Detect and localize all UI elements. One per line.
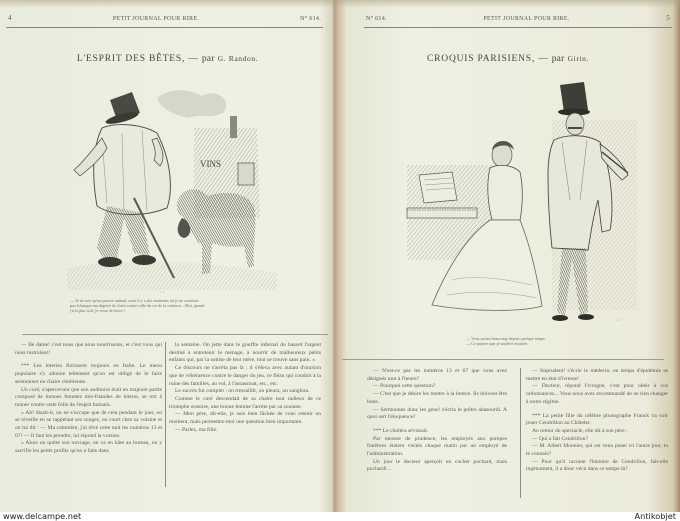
running-head-right: N° 614. PETIT JOURNAL POUR RIRE. 5 [364,14,672,28]
article-title: CROQUIS PARISIENS, — par Girin. [354,54,662,64]
title-text: L'ESPRIT DES BÊTES, [77,54,185,64]
caption-line: j'n'ai plus soif, je cesse de boire ! [70,308,270,313]
paragraph: — Pour qu'il raconte l'histoire de Cendr… [526,459,668,474]
text-column-1: — N'est-ce pas les numéros 13 et 67 que … [367,368,507,474]
paragraph: Par mesure de prudence, les employés aux… [367,436,507,459]
issue-number: N° 614. [366,16,387,22]
running-head-left: 4 PETIT JOURNAL POUR RIRE. N° 614. [6,14,323,28]
column-separator [520,368,521,498]
title-dash: — [188,54,198,64]
paragraph: — Mon père, dit-elle, je suis bien fâché… [169,411,321,426]
section-rule [22,334,328,335]
page-number: 4 [8,14,12,22]
title-dash: — [538,54,548,64]
right-page: N° 614. PETIT JOURNAL POUR RIRE. 5 CROQU… [342,0,672,512]
paragraph: — Sermonnez donc les gens! s'écria le pr… [367,407,507,422]
journal-name: PETIT JOURNAL POUR RIRE. [113,16,199,22]
paragraph: « Ah! disait-il, on ne s'occupe que de c… [15,410,162,441]
article-title: L'ESPRIT DES BÊTES, — par G. Randon. [22,54,313,64]
paragraph: *** Les loteries florissent toujours en … [15,363,162,386]
page-number: 5 [666,14,670,22]
engraver-signature: ~~~ [616,318,621,322]
paragraph: *** La petite fille du célèbre photograp… [526,413,668,428]
open-journal-spread: 4 PETIT JOURNAL POUR RIRE. N° 614. L'ESP… [0,0,680,512]
engraving-image: VINS [62,78,282,290]
paragraph: Un curé, s'apercevant que son auditoire … [15,387,162,410]
column-separator [165,342,166,487]
text-column-2: la semaine. On jette dans le gouffre inf… [169,342,321,434]
paragraph: — Pourquoi cette question? [367,383,507,391]
paragraph: — Bé dame! c'est nous que nous nourrisso… [15,342,162,357]
paragraph: Le succès fut complet : on tressaillit, … [169,388,321,396]
watermark-delcampe: www.delcampe.net [3,511,81,521]
paragraph: Au retour du spectacle, elle dit à son p… [526,428,668,436]
title-author: Girin. [568,54,589,63]
text-column-2: — Imprudent! s'écrie le médecin, en temp… [526,368,668,474]
paragraph: — Imprudent! s'écrie le médecin, en temp… [526,368,668,383]
illustration-man-and-dog: VINS [62,78,282,290]
vins-sign: VINS [200,159,221,169]
engraver-signature: ~~~ [160,290,165,294]
issue-number: N° 614. [300,16,321,22]
paragraph: Comme le curé descendait de sa chaire to… [169,396,321,411]
paragraph: — Qui a fait Cendrillon? [526,436,668,444]
left-page: 4 PETIT JOURNAL POUR RIRE. N° 614. L'ESP… [0,0,333,512]
paragraph: — M. Albert Monnier, qui est venu poser … [526,443,668,458]
paragraph: — Parlez, ma fille. [169,427,321,435]
title-by: par [202,54,215,64]
paragraph: — N'est-ce pas les numéros 13 et 67 que … [367,368,507,383]
title-author: G. Randon. [218,54,258,63]
footer-band [0,512,680,521]
caption-line: — Ce pauvre que je soulève assistée. [466,341,626,346]
paragraph: Ce discours ne s'arrêta pas là ; il s'él… [169,365,321,388]
paragraph: — Docteur, répond l'ivrogne, c'est pour … [526,383,668,406]
engraving-image [402,80,642,328]
journal-name: PETIT JOURNAL POUR RIRE. [483,16,569,22]
paragraph: *** Le choléra sévissait. [367,428,507,436]
illustration-caption: — Je ne suis qu'un pauvre animal, mais i… [70,298,270,313]
text-column-1: — Bé dame! c'est nous que nous nourrisso… [15,342,162,456]
paragraph: — C'est que je désire les mettre à la lo… [367,391,507,406]
title-by: par [552,54,565,64]
paragraph: la semaine. On jette dans le gouffre inf… [169,342,321,365]
illustration-piano-couple [402,80,642,328]
section-rule [342,359,664,360]
paragraph: Un jour le docteur aperçoit un cocher po… [367,459,507,474]
paragraph: « Alors on quitte son ouvrage, on va en … [15,440,162,455]
title-text: CROQUIS PARISIENS, [427,54,535,64]
watermark-antikobjet: Antikobjet [635,511,676,521]
illustration-caption: — Vous sortez beaucoup depuis quelque te… [466,336,626,346]
